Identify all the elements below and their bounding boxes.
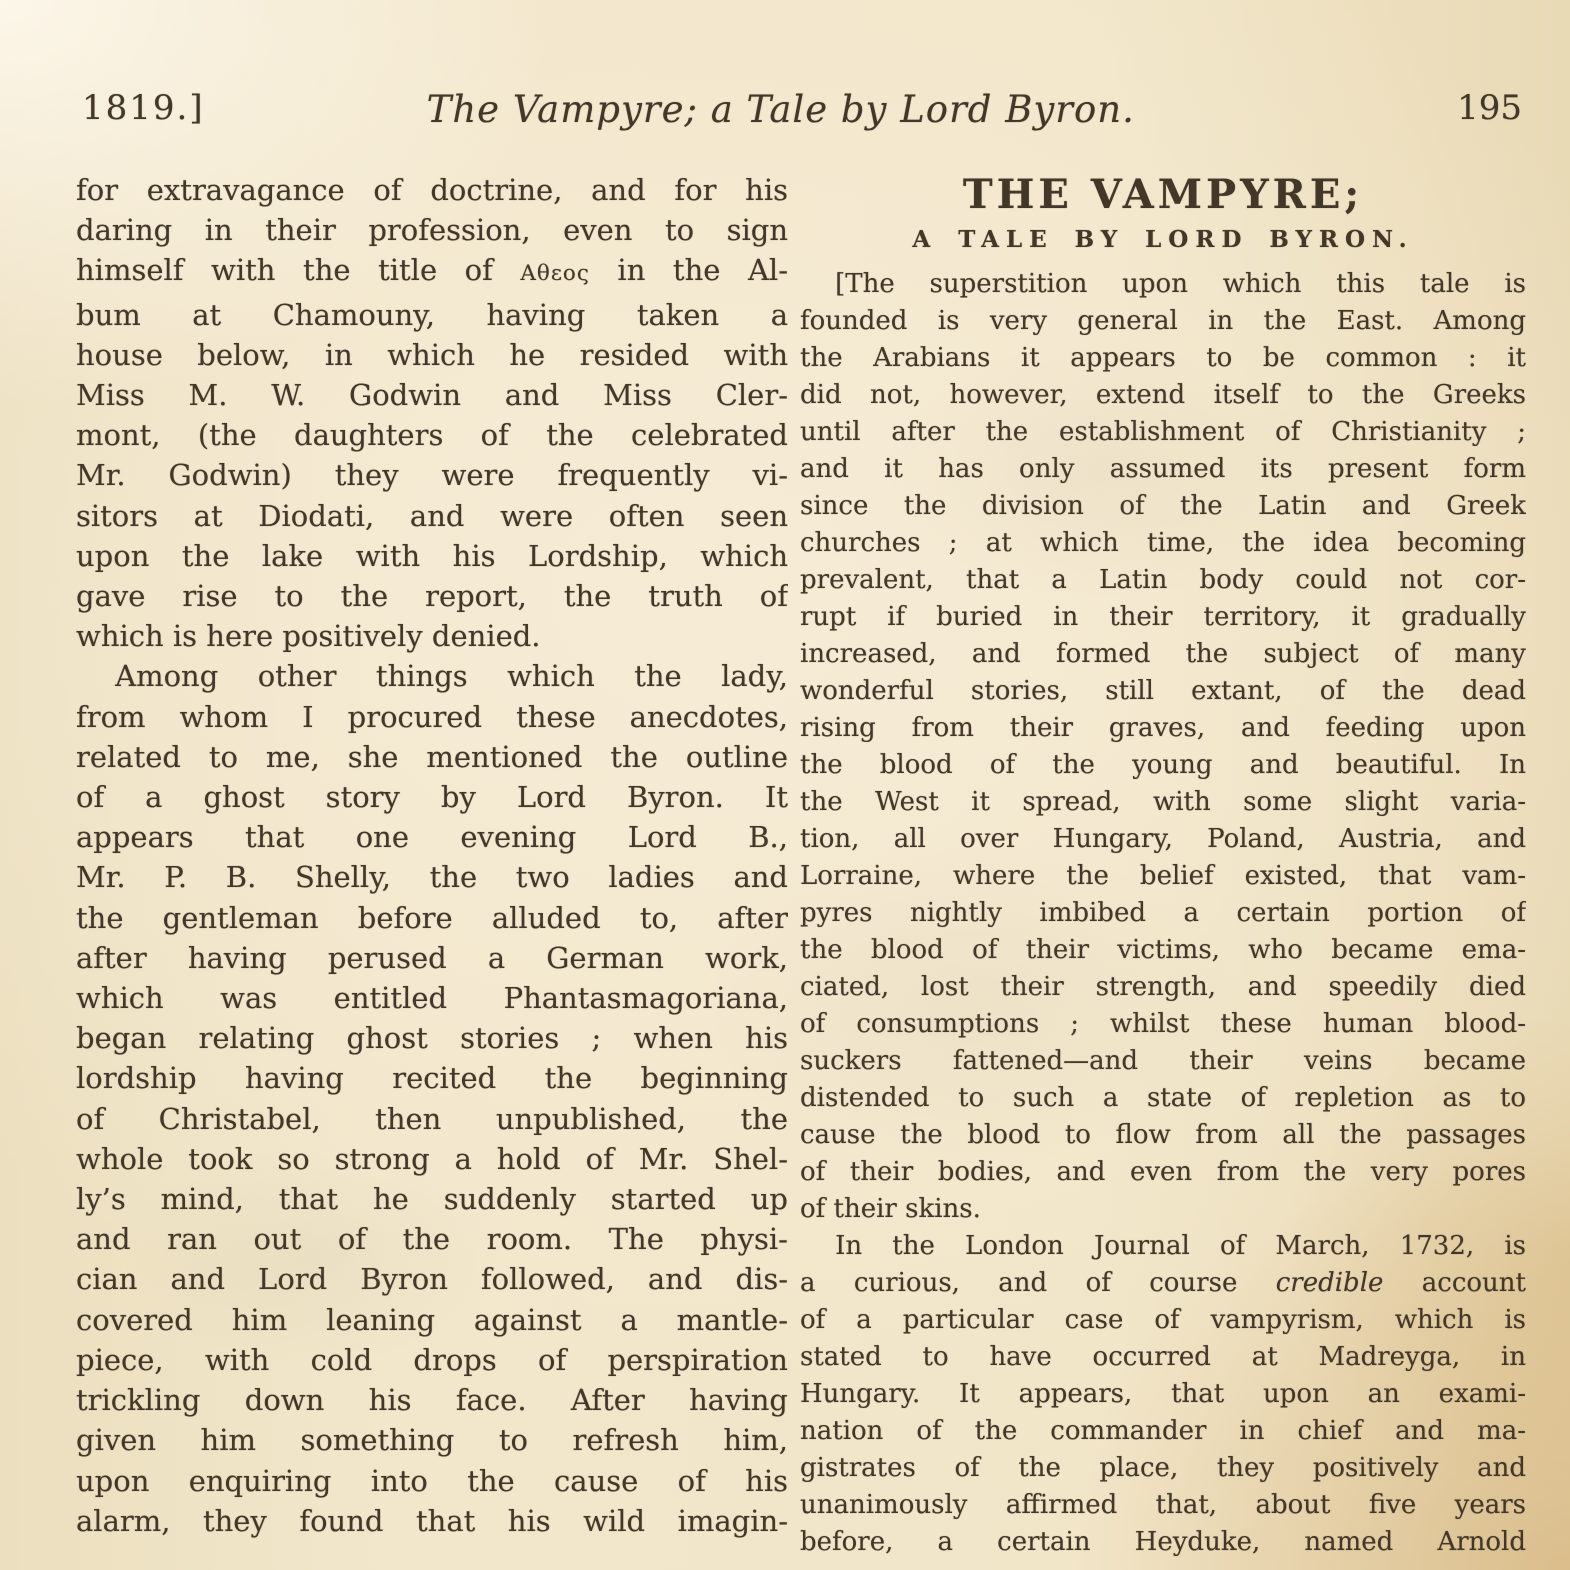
text-columns: for extravagance of doctrine, and for hi… <box>0 170 1570 1570</box>
text-line: lordship having recited the beginning <box>76 1058 788 1098</box>
text-line: cian and Lord Byron followed, and dis- <box>76 1259 788 1299</box>
text-line: rising from their graves, and feeding up… <box>800 710 1526 747</box>
text-line: stated to have occurred at Madreyga, in <box>800 1339 1526 1376</box>
text-line: sitors at Diodati, and were often seen <box>76 496 788 536</box>
text-line: daring in their profession, even to sign <box>76 210 788 250</box>
text-line: wonderful stories, still extant, of the … <box>800 673 1526 710</box>
left-column: for extravagance of doctrine, and for hi… <box>76 170 788 1570</box>
text-line: increased, and formed the subject of man… <box>800 636 1526 673</box>
text-line: since the division of the Latin and Gree… <box>800 488 1526 525</box>
text-line: of their skins. <box>800 1191 1526 1228</box>
text-line: the gentleman before alluded to, after <box>76 898 788 938</box>
text-line: the Arabians it appears to be common : i… <box>800 340 1526 377</box>
text-line: rupt if buried in their territory, it gr… <box>800 599 1526 636</box>
text-line: until after the establishment of Christi… <box>800 414 1526 451</box>
scanned-page: 1819.] The Vampyre; a Tale by Lord Byron… <box>0 0 1570 1570</box>
text-line: ciated, lost their strength, and speedil… <box>800 969 1526 1006</box>
greek-text: Αθεος <box>520 261 589 286</box>
text-line: did not, however, extend itself to the G… <box>800 377 1526 414</box>
text-line: ly’s mind, that he suddenly started up <box>76 1179 788 1219</box>
header-year: 1819.] <box>82 88 205 128</box>
running-title: The Vampyre; a Tale by Lord Byron. <box>427 88 1135 131</box>
text-line: of a particular case of vampyrism, which… <box>800 1302 1526 1339</box>
subtitle: A TALE BY LORD BYRON. <box>800 220 1526 260</box>
text-line: of Christabel, then unpublished, the <box>76 1099 788 1139</box>
paragraph: In the London Journal of March, 1732, is… <box>800 1228 1526 1561</box>
text-line: piece, with cold drops of perspiration <box>76 1340 788 1380</box>
text-line: the West it spread, with some slight var… <box>800 784 1526 821</box>
text-line: [The superstition upon which this tale i… <box>800 266 1526 303</box>
text-line: and ran out of the room. The physi- <box>76 1219 788 1259</box>
text-line: the blood of their victims, who became e… <box>800 932 1526 969</box>
text-line: appears that one evening Lord B., <box>76 817 788 857</box>
text-line: before, a certain Heyduke, named Arnold <box>800 1524 1526 1561</box>
text-line: upon enquiring into the cause of his <box>76 1461 788 1501</box>
title: THE VAMPYRE; <box>800 170 1526 220</box>
text-line: alarm, they found that his wild imagin- <box>76 1501 788 1541</box>
text-line: A TALE BY LORD BYRON. <box>800 220 1526 260</box>
text-line: house below, in which he resided with <box>76 335 788 375</box>
text-line: which was entitled Phantasmagoriana, <box>76 978 788 1018</box>
text-line: of a ghost story by Lord Byron. It <box>76 777 788 817</box>
text-line: churches ; at which time, the idea becom… <box>800 525 1526 562</box>
text-line: nation of the commander in chief and ma- <box>800 1413 1526 1450</box>
text-line: of consumptions ; whilst these human blo… <box>800 1006 1526 1043</box>
text-line: Miss M. W. Godwin and Miss Cler- <box>76 375 788 415</box>
text-line: suckers fattened—and their veins became <box>800 1043 1526 1080</box>
text-line: of their bodies, and even from the very … <box>800 1154 1526 1191</box>
text-line: whole took so strong a hold of Mr. Shel- <box>76 1139 788 1179</box>
paragraph: Among other things which the lady,from w… <box>76 656 788 1540</box>
text-line: covered him leaning against a mantle- <box>76 1300 788 1340</box>
text-line: himself with the title of Αθεος in the A… <box>76 250 788 294</box>
text-line: mont, (the daughters of the celebrated <box>76 415 788 455</box>
text-line: Hungary. It appears, that upon an exami- <box>800 1376 1526 1413</box>
text-line: pyres nightly imbibed a certain portion … <box>800 895 1526 932</box>
text-line: from whom I procured these anecdotes, <box>76 697 788 737</box>
text-line: bum at Chamouny, having taken a <box>76 295 788 335</box>
text-line: In the London Journal of March, 1732, is <box>800 1228 1526 1265</box>
text-line: Lorraine, where the belief existed, that… <box>800 858 1526 895</box>
text-line: after having perused a German work, <box>76 938 788 978</box>
text-line: distended to such a state of repletion a… <box>800 1080 1526 1117</box>
text-line: which is here positively denied. <box>76 616 788 656</box>
right-column: THE VAMPYRE;A TALE BY LORD BYRON.[The su… <box>800 170 1526 1570</box>
text-line: the blood of the young and beautiful. In <box>800 747 1526 784</box>
text-line: and it has only assumed its present form <box>800 451 1526 488</box>
text-line: trickling down his face. After having <box>76 1380 788 1420</box>
page-header: 1819.] The Vampyre; a Tale by Lord Byron… <box>82 88 1522 128</box>
text-line: for extravagance of doctrine, and for hi… <box>76 170 788 210</box>
text-line: gistrates of the place, they positively … <box>800 1450 1526 1487</box>
text-line: THE VAMPYRE; <box>800 170 1526 220</box>
text-line: Mr. P. B. Shelly, the two ladies and <box>76 857 788 897</box>
text-line: Mr. Godwin) they were frequently vi- <box>76 455 788 495</box>
paragraph: for extravagance of doctrine, and for hi… <box>76 170 788 656</box>
text-line: gave rise to the report, the truth of <box>76 576 788 616</box>
text-line: given him something to refresh him, <box>76 1420 788 1460</box>
text-line: related to me, she mentioned the outline <box>76 737 788 777</box>
text-line: unanimously affirmed that, about five ye… <box>800 1487 1526 1524</box>
text-line: upon the lake with his Lordship, which <box>76 536 788 576</box>
text-line: tion, all over Hungary, Poland, Austria,… <box>800 821 1526 858</box>
text-line: prevalent, that a Latin body could not c… <box>800 562 1526 599</box>
text-line: Among other things which the lady, <box>76 656 788 696</box>
paragraph: [The superstition upon which this tale i… <box>800 266 1526 1228</box>
text-line: began relating ghost stories ; when his <box>76 1018 788 1058</box>
text-line: founded is very general in the East. Amo… <box>800 303 1526 340</box>
text-line: a curious, and of course credible accoun… <box>800 1265 1526 1302</box>
italic-text: credible <box>1276 1268 1384 1298</box>
text-line: cause the blood to flow from all the pas… <box>800 1117 1526 1154</box>
page-number: 195 <box>1457 88 1522 128</box>
